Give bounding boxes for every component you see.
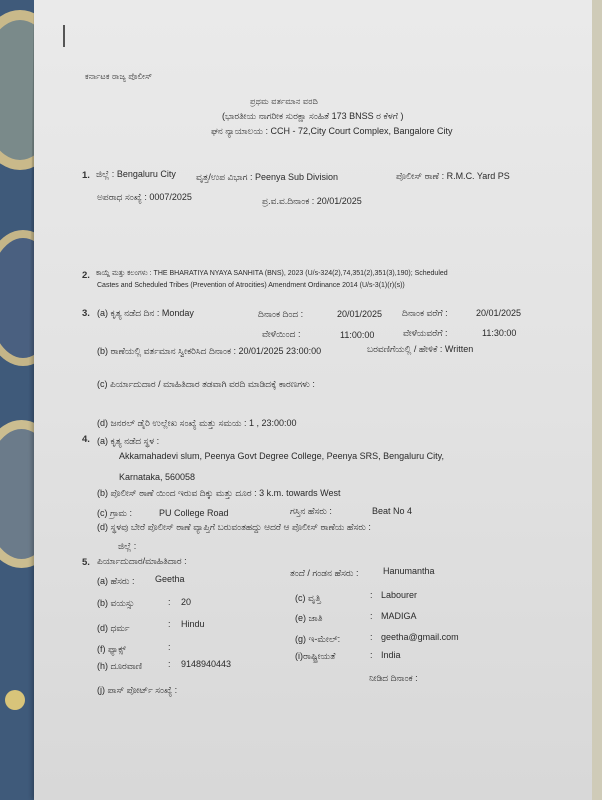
section-3-number: 3. (82, 308, 90, 319)
beat-label: ಗಸ್ತಿನ ಹೆಸರು : (290, 506, 332, 517)
subdivision-field: ವೃತ್ತ/ಉಪ ವಿಭಾಗ : Peenya Sub Division (196, 172, 338, 183)
other-station-field: (d) ಸ್ಥಳವು ಬೇರೆ ಪೊಲೀಸ್ ಠಾಣೆ ವ್ಯಾಪ್ತಿಗೆ ಬ… (97, 522, 371, 533)
background-pattern (5, 690, 25, 710)
phone-label: (h) ದೂರವಾಣಿ (97, 661, 142, 672)
police-station-field: ಪೊಲೀಸ್ ಠಾಣೆ : R.M.C. Yard PS (396, 171, 510, 182)
issue-date-label: ನೀಡಿದ ದಿನಾಂಕ : (369, 673, 418, 684)
district-field: ಜಿಲ್ಲೆ : Bengaluru City (96, 169, 176, 180)
email-colon: : (370, 632, 373, 642)
agency-name: ಕರ್ನಾಟಕ ರಾಜ್ಯ ಪೊಲೀಸ್ (85, 72, 152, 82)
pen-mark (63, 25, 65, 47)
section-5-number: 5. (82, 557, 90, 568)
document-title: ಪ್ರಥಮ ವರ್ತಮಾನ ವರದಿ (250, 97, 318, 107)
phone-value: 9148940443 (181, 659, 231, 669)
complainant-heading: ಪಿರ್ಯಾದುದಾರ/ಮಾಹಿತಿದಾರ : (97, 556, 187, 567)
occurrence-address-line-1: Akkamahadevi slum, Peenya Govt Degree Co… (119, 451, 444, 461)
fax-colon: : (168, 642, 171, 652)
religion-colon: : (168, 619, 171, 629)
time-to-value: 11:30:00 (482, 328, 516, 338)
occupation-label: (c) ವೃತ್ತಿ (295, 593, 321, 604)
nationality-value: India (381, 650, 401, 660)
fax-label: (f) ಫ್ಯಾಕ್ಸ್ (97, 644, 126, 655)
acts-sections-line-2: Castes and Scheduled Tribes (Prevention … (97, 282, 405, 289)
court-name: ಘನ ನ್ಯಾಯಾಲಯ : CCH - 72,City Court Comple… (211, 126, 453, 137)
father-name-value: Hanumantha (383, 566, 435, 576)
nationality-label: (i)ರಾಷ್ಟ್ರೀಯತೆ (295, 651, 335, 662)
time-from-value: 11:00:00 (340, 330, 374, 340)
date-from-value: 20/01/2025 (337, 309, 382, 319)
occurrence-place-label: (a) ಕೃತ್ಯ ನಡೆದ ಸ್ಥಳ : (97, 436, 159, 447)
fir-date-field: ಪ್ರ.ವ.ವ.ದಿನಾಂಕ : 20/01/2025 (262, 196, 362, 207)
caste-colon: : (370, 611, 373, 621)
info-received-field: (b) ಠಾಣೆಯಲ್ಲಿ ವರ್ತಮಾನ ಸ್ವೀಕರಿಸಿದ ದಿನಾಂಕ … (97, 346, 321, 357)
info-mode-field: ಬರವಣಿಗೆಯಲ್ಲಿ / ಹೇಳಿಕೆ : Written (367, 344, 473, 355)
occurrence-address-line-2: Karnataka, 560058 (119, 472, 195, 482)
date-from-label: ದಿನಾಂಕ ದಿಂದ : (258, 309, 303, 320)
time-from-label: ವೇಳೆಯಿಂದ : (262, 329, 300, 340)
distance-direction-field: (b) ಪೊಲೀಸ್ ಠಾಣೆ ಯಿಂದ ಇರುವ ದಿಕ್ಕು ಮತ್ತು ದ… (97, 488, 341, 499)
caste-value: MADIGA (381, 611, 417, 621)
email-label: (g) ಇ-ಮೇಲ್: (295, 634, 340, 645)
general-diary-field: (d) ಜನರಲ್ ಡೈರಿ ಉಲ್ಲೇಖ ಸಂಖ್ಯೆ ಮತ್ತು ಸಮಯ :… (97, 418, 297, 429)
father-name-label: ತಂದೆ / ಗಂಡನ ಹೆಸರು : (290, 568, 359, 579)
name-value: Geetha (155, 574, 185, 584)
date-to-value: 20/01/2025 (476, 308, 521, 318)
section-4-number: 4. (82, 434, 90, 445)
caste-label: (e) ಜಾತಿ (295, 613, 323, 624)
delay-reason-field: (c) ಪಿರ್ಯಾದುದಾರ / ಮಾಹಿತಿದಾರ ತಡವಾಗಿ ವರದಿ … (97, 379, 315, 390)
age-label: (b) ವಯಸ್ಸು (97, 598, 134, 609)
occurrence-day-field: (a) ಕೃತ್ಯ ನಡೆದ ದಿನ : Monday (97, 308, 194, 319)
age-colon: : (168, 597, 171, 607)
other-district-label: ಜಿಲ್ಲೆ : (118, 541, 136, 552)
crime-number-field: ಅಪರಾಧ ಸಂಖ್ಯೆ : 0007/2025 (97, 192, 192, 203)
phone-colon: : (168, 659, 171, 669)
section-2-number: 2. (82, 270, 90, 281)
date-to-label: ದಿನಾಂಕ ವರೆಗೆ : (402, 308, 448, 319)
name-label: (a) ಹೆಸರು : (97, 576, 135, 587)
nationality-colon: : (370, 650, 373, 660)
religion-value: Hindu (181, 619, 205, 629)
beat-value: Beat No 4 (372, 506, 412, 516)
village-value: PU College Road (159, 508, 229, 518)
occupation-colon: : (370, 590, 373, 600)
passport-label: (j) ಪಾಸ್ ಪೋರ್ಟ್ ಸಂಖ್ಯೆ : (97, 685, 177, 696)
document-subtitle: (ಭಾರತೀಯ ನಾಗರೀಕ ಸುರಕ್ಷಾ ಸಂಹಿತೆ 173 BNSS ರ… (222, 111, 403, 122)
occupation-value: Labourer (381, 590, 417, 600)
village-label: (c) ಗ್ರಾಮ : (97, 508, 132, 519)
email-value: geetha@gmail.com (381, 632, 459, 642)
religion-label: (d) ಧರ್ಮ (97, 623, 130, 634)
age-value: 20 (181, 597, 191, 607)
section-1-number: 1. (82, 170, 90, 181)
time-to-label: ವೇಳೆಯವರೆಗೆ : (403, 328, 447, 339)
acts-sections-line-1: ಕಾಯ್ದೆ ಮತ್ತು ಕಲಂಗಳು : THE BHARATIYA NYAY… (96, 270, 448, 278)
